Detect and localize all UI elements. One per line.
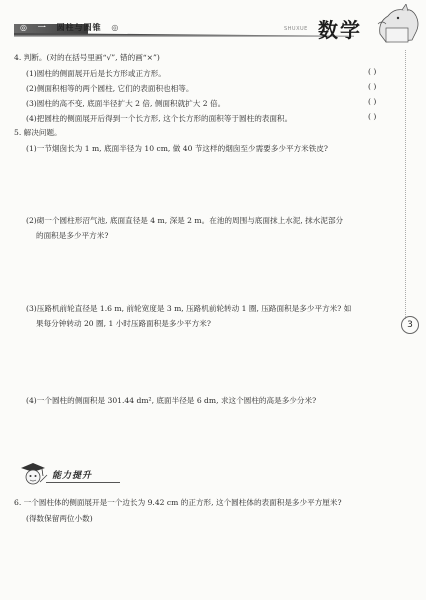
q5-number: 5. [14, 128, 21, 137]
q4-item-2: (2)侧面积相等的两个圆柱, 它们的表面积也相等。 [26, 82, 386, 95]
q4-item-3: (3)圆柱的高不变, 底面半径扩大 2 倍, 侧面积就扩大 2 倍。 [26, 97, 386, 110]
q5-item-2: (2)砌一个圆柱形沼气池, 底面直径是 4 m, 深是 2 m。在池的周围与底面… [26, 214, 386, 227]
q4-number: 4. [14, 53, 21, 62]
section-ability-improvement: 能力提升 [18, 460, 118, 490]
q5-item-2-cont: 的面积是多少平方米? [36, 229, 396, 242]
scholar-mascot-icon [18, 460, 48, 490]
chapter-marker-right: ◎ [111, 23, 119, 32]
chapter-marker-left: ◎ [20, 23, 28, 32]
section-underline [46, 482, 120, 483]
q5-prompt: 5. 解决问题。 [14, 127, 384, 138]
q6-number: 6. [14, 498, 21, 507]
header-rule [14, 33, 354, 37]
page-header: ◎ 一 圆柱与圆锥 ◎ SHUXUE 数学 [0, 0, 426, 48]
page-number: 3 [401, 316, 419, 334]
chapter-heading: ◎ 一 圆柱与圆锥 ◎ [20, 22, 119, 33]
rhino-mascot-icon [372, 4, 422, 46]
q5-item-3-cont: 果每分钟转动 20 圈, 1 小时压路面积是多少平方米? [36, 317, 396, 330]
q5-item-4: (4)一个圆柱的侧面积是 301.44 dm², 底面半径是 6 dm, 求这个… [26, 394, 386, 407]
section-title: 能力提升 [52, 468, 92, 481]
q5-text: 解决问题。 [24, 128, 62, 137]
q5-item-3: (3)压路机前轮直径是 1.6 m, 前轮宽度是 3 m, 压路机前轮转动 1 … [26, 302, 386, 315]
q4-answer-2[interactable]: ( ) [368, 82, 376, 91]
q5-item-1: (1)一节烟囱长为 1 m, 底面半径为 10 cm, 做 40 节这样的烟囱至… [26, 142, 386, 155]
chapter-number: 一 [38, 23, 47, 32]
q4-answer-4[interactable]: ( ) [368, 112, 376, 121]
q4-prompt: 4. 判断。(对的在括号里画“√”, 错的画“×”) [14, 52, 384, 63]
q6-prompt: 6. 一个圆柱体的侧面展开是一个边长为 9.42 cm 的正方形, 这个圆柱体的… [14, 497, 384, 508]
q4-answer-3[interactable]: ( ) [368, 97, 376, 106]
q4-text: 判断。(对的在括号里画“√”, 错的画“×”) [24, 53, 160, 62]
q4-item-1: (1)圆柱的侧面展开后是长方形或正方形。 [26, 67, 386, 80]
subject-title: 数学 [318, 14, 362, 43]
q4-answer-1[interactable]: ( ) [368, 67, 376, 76]
subject-pinyin: SHUXUE [284, 26, 308, 32]
q4-item-4: (4)把圆柱的侧面展开后得到一个长方形, 这个长方形的面积等于圆柱的表面积。 [26, 112, 386, 125]
q6-note: (得数保留两位小数) [26, 512, 386, 525]
margin-dotted-rule [405, 50, 406, 320]
chapter-title: 圆柱与圆锥 [57, 23, 102, 32]
q6-text: 一个圆柱体的侧面展开是一个边长为 9.42 cm 的正方形, 这个圆柱体的表面积… [24, 498, 342, 507]
